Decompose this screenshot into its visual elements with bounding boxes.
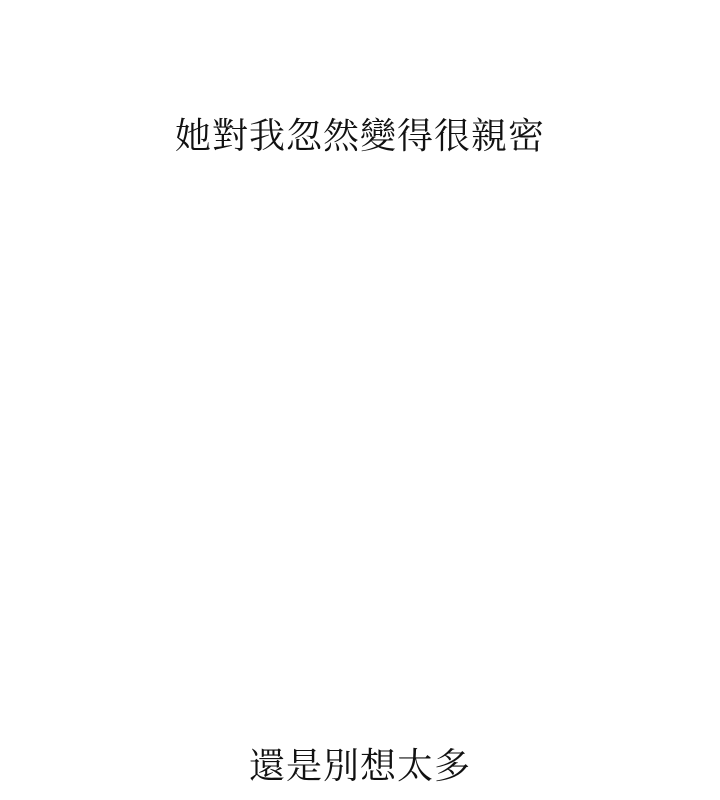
caption-top: 她對我忽然變得很親密 [0,117,720,157]
caption-bottom: 還是別想太多 [0,747,720,787]
